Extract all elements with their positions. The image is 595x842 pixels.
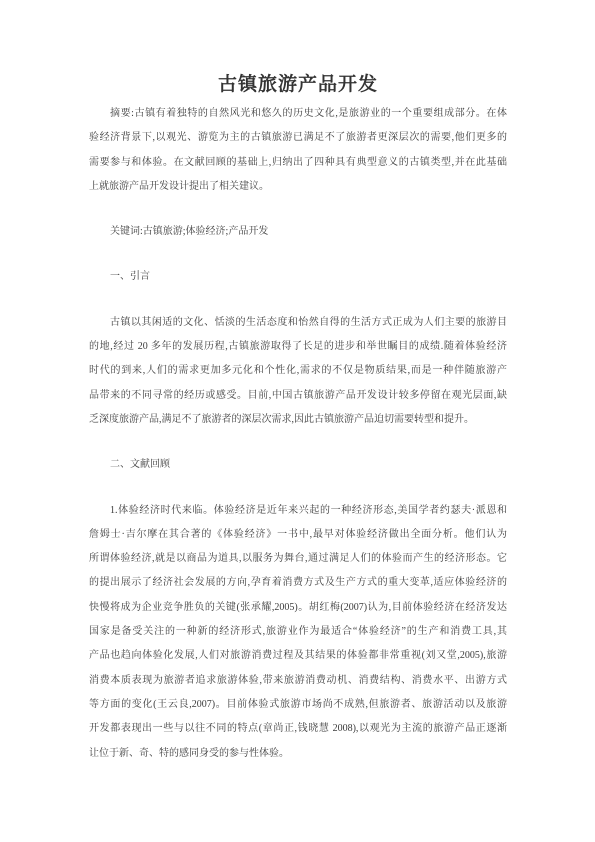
text-line: 乏深度旅游产品,满足不了旅游者的深层次需求,因此古镇旅游产品迫切需要转型和提升。: [89, 408, 507, 432]
text-line: 的提出展示了经济社会发展的方向,孕育着消费方式及生产方式的重大变革,适应体验经济…: [89, 571, 507, 595]
text-line: 品带来的不同寻常的经历或感受。目前,中国古镇旅游产品开发设计较多停留在观光层面,…: [89, 384, 507, 408]
literature-review-paragraph: 1.体验经济时代来临。体验经济是近年来兴起的一种经济形态,美国学者约瑟夫·派恩和…: [89, 499, 507, 766]
text-line: 快慢将成为企业竞争胜负的关键(张承耀,2005)。胡红梅(2007)认为,目前体…: [89, 596, 507, 620]
text-line: 时代的到来,人们的需求更加多元化和个性化,需求的不仅是物质结果,而是一种伴随旅游…: [89, 359, 507, 383]
text-line: 詹姆士·吉尔摩在其合著的《体验经济》一书中,最早对体验经济做出全面分析。他们认为: [89, 523, 507, 547]
text-line: 摘要:古镇有着独特的自然风光和悠久的历史文化,是旅游业的一个重要组成部分。在体: [89, 102, 507, 126]
text-line: 上就旅游产品开发设计提出了相关建议。: [89, 175, 507, 199]
introduction-paragraph: 古镇以其闲适的文化、恬淡的生活态度和怡然自得的生活方式正成为人们主要的旅游目的地…: [89, 311, 507, 432]
text-line: 需要参与和体验。在文献回顾的基础上,归纳出了四种具有典型意义的古镇类型,并在此基…: [89, 151, 507, 175]
text-line: 产品也趋向体验化发展,人们对旅游消费过程及其结果的体验都非常重视(刘又堂,200…: [89, 644, 507, 668]
text-line: 开发都表现出一些与以往不同的特点(章尚正,钱晓慧 2008),以观光为主流的旅游…: [89, 717, 507, 741]
abstract-paragraph: 摘要:古镇有着独特的自然风光和悠久的历史文化,是旅游业的一个重要组成部分。在体验…: [89, 102, 507, 199]
text-line: 国家是备受关注的一种新的经济形式,旅游业作为最适合“体验经济”的生产和消费工具,…: [89, 620, 507, 644]
text-line: 1.体验经济时代来临。体验经济是近年来兴起的一种经济形态,美国学者约瑟夫·派恩和: [89, 499, 507, 523]
document-page: 古镇旅游产品开发 摘要:古镇有着独特的自然风光和悠久的历史文化,是旅游业的一个重…: [0, 0, 595, 842]
text-line: 的地,经过 20 多年的发展历程,古镇旅游取得了长足的进步和举世瞩目的成绩.随着…: [89, 335, 507, 359]
text-line: 所谓体验经济,就是以商品为道具,以服务为舞台,通过满足人们的体验而产生的经济形态…: [89, 547, 507, 571]
page-title: 古镇旅游产品开发: [89, 72, 507, 98]
text-line: 古镇以其闲适的文化、恬淡的生活态度和怡然自得的生活方式正成为人们主要的旅游目: [89, 311, 507, 335]
keywords-line: 关键词:古镇旅游;体验经济;产品开发: [89, 220, 507, 244]
section-heading-literature-review: 二、文献回顾: [89, 453, 507, 477]
document-content: 古镇旅游产品开发 摘要:古镇有着独特的自然风光和悠久的历史文化,是旅游业的一个重…: [89, 72, 507, 766]
text-line: 让位于新、奇、特的感同身受的参与性体验。: [89, 742, 507, 766]
text-line: 消费本质表现为旅游者追求旅游体验,带来旅游消费动机、消费结构、消费水平、出游方式: [89, 669, 507, 693]
text-line: 等方面的变化(王云良,2007)。目前体验式旅游市场尚不成熟,但旅游者、旅游活动…: [89, 693, 507, 717]
text-line: 验经济背景下,以观光、游览为主的古镇旅游已满足不了旅游者更深层次的需要,他们更多…: [89, 126, 507, 150]
section-heading-introduction: 一、引言: [89, 265, 507, 289]
